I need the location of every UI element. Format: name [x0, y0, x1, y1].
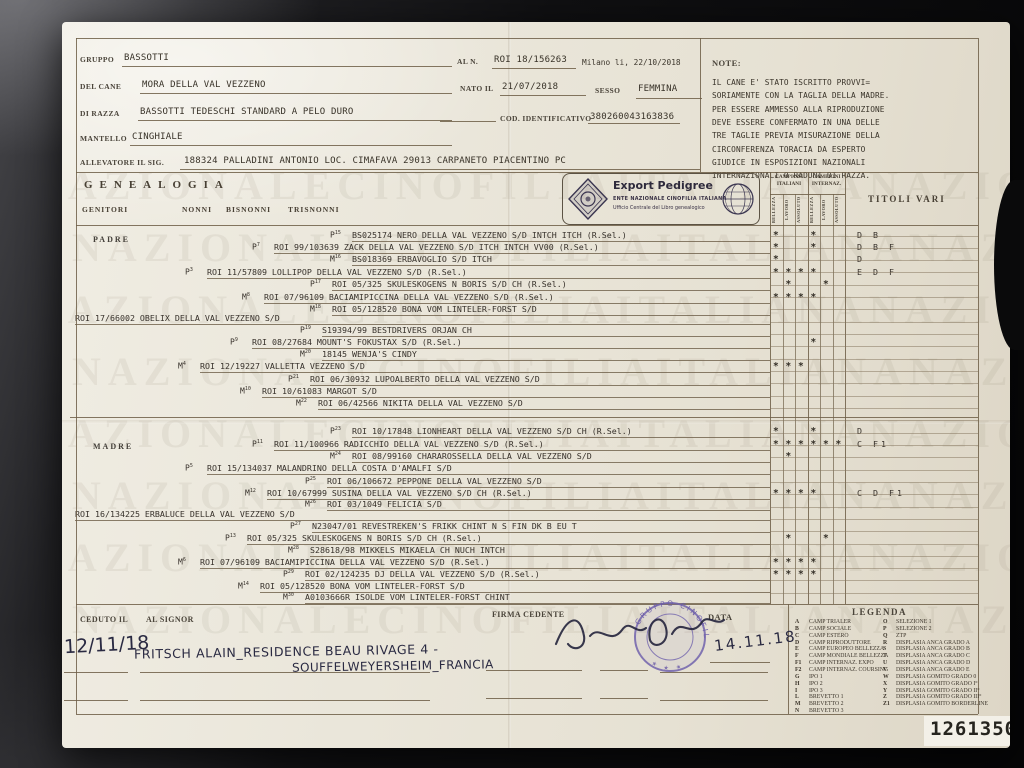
- rule-line: [820, 194, 821, 604]
- pedigree-ancestor-name: ROI 06/42566 NIKITA DELLA VAL VEZZENO S/…: [318, 398, 770, 410]
- legend-text: DISPLASIA GOMITO GRADO 0: [896, 674, 976, 680]
- grid-row-line: [770, 445, 978, 446]
- legend-text: SELEZIONE 2: [896, 626, 932, 632]
- pedigree-ancestor-name: ROI 12/19227 VALLETTA VEZZENO S/D: [200, 361, 770, 373]
- pedigree-ancestor-name: N23047/01 REVESTREKEN'S FRIKK CHINT N S …: [312, 521, 770, 533]
- legend-key: Q: [883, 633, 888, 639]
- logo-org: ENTE NAZIONALE CINOFILIA ITALIANA: [613, 196, 727, 202]
- legend-key: Y: [883, 688, 887, 694]
- rule-line: [76, 714, 978, 715]
- legend-key: F1: [795, 660, 801, 666]
- pedigree-ancestor-name: 18145 WENJA'S CINDY: [322, 349, 770, 361]
- champion-col-label: ASSOLUTO: [834, 195, 845, 224]
- pedigree-row-tag: P15: [330, 230, 341, 240]
- pedigree-ancestor-name: ROI 15/134037 MALANDRINO DELLA COSTA D'A…: [207, 463, 770, 475]
- export-pedigree-stamp: Export Pedigree ENTE NAZIONALE CINOFILIA…: [562, 173, 760, 225]
- legend-text: CAMP ESTERO: [809, 633, 849, 639]
- rule-line: [64, 700, 128, 701]
- legend-text: DISPLASIA ANCA GRADO D: [896, 660, 970, 666]
- pedigree-row-tag: M28: [288, 545, 299, 555]
- grid-row-line: [770, 568, 978, 569]
- pedigree-document: NAZIONALECINOFILIAITALIANANAZIONALECNAZI…: [62, 22, 1010, 748]
- pedigree-row-tag: P5: [185, 463, 193, 473]
- grid-row-line: [770, 457, 978, 458]
- grid-row-line: [770, 359, 978, 360]
- pedigree-ancestor-name: ROI 99/103639 ZACK DELLA VAL VEZZENO S/D…: [274, 242, 770, 254]
- legend-key: D: [795, 640, 799, 646]
- pedigree-row-tag: P17: [310, 279, 321, 289]
- pedigree-ancestor-name: ROI 02/124235 DJ DELLA VAL VEZZENO S/D (…: [305, 569, 770, 581]
- champion-star-mark: *: [823, 533, 829, 544]
- champion-star-mark: *: [773, 569, 779, 580]
- titoli-vari-value: D: [857, 426, 865, 436]
- legend-text: CAMP EUROPEO BELLEZZA: [809, 646, 884, 652]
- legend-text: BREVETTO 3: [809, 708, 844, 714]
- rule-line: [833, 194, 834, 604]
- legend-key: Z1: [883, 701, 890, 707]
- pedigree-row-tag: P9: [230, 337, 238, 347]
- pedigree-ancestor-name: ROI 06/106672 PEPPONE DELLA VAL VEZZENO …: [327, 476, 770, 488]
- rule-line: [140, 700, 430, 701]
- pedigree-ancestor-name: S28618/98 MIKKELS MIKAELA CH NUCH INTCH: [310, 545, 770, 557]
- pedigree-row-tag: M24: [330, 451, 341, 461]
- pedigree-row-tag: P25: [305, 476, 316, 486]
- pedigree-ancestor-name: ROI 11/100966 RADICCHIO DELLA VAL VEZZEN…: [274, 439, 770, 451]
- note-line: SORIAMENTE CON LA TAGLIA DELLA MADRE.: [712, 91, 889, 100]
- rule-line: [700, 38, 701, 172]
- place-date: Milano li, 22/10/2018: [582, 58, 681, 67]
- column-bisnonni: BISNONNI: [226, 205, 271, 214]
- champion-star-mark: *: [798, 557, 804, 568]
- legend-text: DISPLASIA GOMITO GRADO III°: [896, 694, 981, 700]
- pedigree-row-tag: M30: [283, 592, 294, 602]
- grid-row-line: [770, 593, 978, 594]
- rule-line: [770, 172, 771, 604]
- pedigree-ancestor-name: ROI 05/325 SKULESKOGENS N BORIS S/D CH (…: [247, 533, 770, 545]
- grid-row-line: [770, 420, 978, 421]
- legend-text: CAMP INTERNAZ. EXPO: [809, 660, 874, 666]
- pedigree-ancestor-name: ROI 08/27684 MOUNT'S FOKUSTAX S/D (R.Sel…: [252, 337, 770, 349]
- rule-line: [130, 145, 452, 146]
- champion-star-mark: *: [811, 569, 817, 580]
- legend-text: CAMP TRIALER: [809, 619, 851, 625]
- legend-text: DISPLASIA ANCA GRADO B: [896, 646, 970, 652]
- legend-text: ZTP: [896, 633, 906, 639]
- grid-row-line: [770, 322, 978, 323]
- champion-col-label: BELLEZZA: [771, 195, 782, 224]
- pedigree-row-tag: M8: [242, 292, 250, 302]
- pedigree-row-tag: M20: [300, 349, 311, 359]
- legend-title: LEGENDA: [852, 607, 907, 617]
- rule-line: [122, 66, 452, 67]
- grid-row-line: [770, 433, 978, 434]
- pedigree-row-tag: M4: [178, 361, 186, 371]
- champion-col-label: LAVORO: [784, 195, 795, 224]
- pedigree-ancestor-name: ROI 10/61083 MARGOT S/D: [262, 386, 770, 398]
- pedigree-ancestor-name: ROI 05/325 SKULESKOGENS N BORIS S/D CH (…: [332, 279, 770, 291]
- legend-key: N: [795, 708, 799, 714]
- rule-line: [76, 38, 978, 39]
- note-line: PER ESSERE AMMESSO ALLA RIPRODUZIONE: [712, 105, 885, 114]
- pedigree-row-tag: P19: [300, 325, 311, 335]
- rule-line: [138, 120, 452, 121]
- legend-text: DISPLASIA ANCA GRADO A: [896, 640, 970, 646]
- legend-key: H: [795, 681, 800, 687]
- pedigree-row-tag: P11: [252, 439, 263, 449]
- pedigree-ancestor-name: ROI 06/30932 LUPOALBERTO DELLA VAL VEZZE…: [310, 374, 770, 386]
- legend-key: F: [795, 653, 799, 659]
- grid-row-line: [770, 544, 978, 545]
- champion-star-mark: *: [786, 569, 792, 580]
- al-signor-handwritten-line2: SOUFFELWEYERSHEIM_FRANCIA: [292, 657, 494, 675]
- grid-row-line: [770, 297, 978, 298]
- pedigree-row-tag: M10: [240, 386, 251, 396]
- legend-text: CAMP RIPRODUTTORE: [809, 640, 871, 646]
- legend-key: Z: [883, 694, 887, 700]
- born-label: NATO IL: [460, 84, 494, 93]
- genealogy-title: GENEALOGIA: [84, 179, 230, 191]
- grid-row-line: [770, 531, 978, 532]
- pedigree-row-tag: P3: [185, 267, 193, 277]
- rule-line: [76, 172, 978, 173]
- field-value-di-razza: BASSOTTI TEDESCHI STANDARD A PELO DURO: [140, 107, 354, 117]
- column-nonni: NONNI: [182, 205, 212, 214]
- legend-key: G: [795, 674, 800, 680]
- legend-text: DISPLASIA GOMITO BORDERLINE: [896, 701, 988, 707]
- champion-star-mark: *: [786, 533, 792, 544]
- field-label-mantello: MANTELLO: [80, 134, 127, 143]
- logo-title: Export Pedigree: [613, 179, 713, 192]
- champion-col-label: LAVORO: [821, 195, 832, 224]
- rule-line: [500, 95, 586, 96]
- pedigree-row-tag: P29: [283, 569, 294, 579]
- pedigree-ancestor-name: ROI 08/99160 CHARAROSSELLA DELLA VAL VEZ…: [352, 451, 770, 463]
- note-line: GIUDICE IN ESPOSIZIONI NAZIONALI: [712, 158, 865, 167]
- pedigree-parent-name: ROI 16/134225 ERBALUCE DELLA VAL VEZZENO…: [75, 509, 770, 521]
- legend-key: S: [883, 646, 886, 652]
- section-padre: PADRE: [93, 235, 130, 244]
- pedigree-row-tag: P21: [288, 374, 299, 384]
- legend-key: E: [795, 646, 799, 652]
- legend-text: BREVETTO 2: [809, 701, 844, 707]
- rule-line: [70, 417, 978, 418]
- pedigree-ancestor-name: ROI 07/96109 BACIAMIPICCINA DELLA VAL VE…: [200, 557, 770, 569]
- rule-line: [788, 604, 789, 714]
- rule-line: [64, 672, 128, 673]
- legend-key: T: [883, 653, 887, 659]
- titoli-vari-value: D: [857, 254, 865, 264]
- champion-star-mark: *: [773, 426, 779, 437]
- field-value-mantello: CINGHIALE: [132, 132, 183, 142]
- grid-row-line: [770, 396, 978, 397]
- pedigree-row-tag: M26: [305, 499, 316, 509]
- pedigree-parent-name: ROI 17/66002 OBELIX DELLA VAL VEZZENO S/…: [75, 313, 770, 325]
- legend-key: M: [795, 701, 800, 707]
- rule-line: [492, 68, 576, 69]
- grid-row-line: [770, 482, 978, 483]
- legend-key: U: [883, 660, 887, 666]
- grid-row-line: [770, 309, 978, 310]
- rule-line: [978, 38, 979, 714]
- pedigree-ancestor-name: ROI 10/17848 LIONHEART DELLA VAL VEZZENO…: [352, 426, 770, 438]
- field-value-allevatore: 188324 PALLADINI ANTONIO LOC. CIMAFAVA 2…: [184, 156, 566, 166]
- grid-row-line: [770, 272, 978, 273]
- enci-diamond-icon: [567, 177, 609, 221]
- pedigree-ancestor-name: ROI 07/96109 BACIAMIPICCINA DELLA VAL VE…: [264, 292, 770, 304]
- section-madre: MADRE: [93, 442, 133, 451]
- rule-line: [660, 700, 768, 701]
- champions-internaz-header: CAMPIONI INTERNAZ.: [808, 174, 845, 187]
- legend-text: CAMP MONDIALE BELLEZZA: [809, 653, 888, 659]
- born-value: 21/07/2018: [502, 82, 558, 92]
- rule-line: [180, 169, 700, 170]
- pedigree-row-tag: P27: [290, 521, 301, 531]
- grid-row-line: [770, 494, 978, 495]
- photo-background: NAZIONALECINOFILIAITALIANANAZIONALECNAZI…: [0, 0, 1024, 768]
- grid-row-line: [770, 236, 978, 237]
- rule-line: [845, 172, 846, 604]
- legend-text: SELEZIONE 1: [896, 619, 932, 625]
- pedigree-ancestor-name: BS018369 ERBAVOGLIO S/D ITCH: [352, 254, 770, 266]
- champions-italiani-header: CAMPIONI ITALIANI: [770, 174, 808, 187]
- legend-key: L: [795, 694, 799, 700]
- serial-number: 1261350: [930, 718, 1010, 740]
- field-label-del-cane: DEL CANE: [80, 82, 121, 91]
- rule-line: [636, 98, 702, 99]
- chip-label: COD. IDENTIFICATIVO: [500, 114, 592, 123]
- al-signor-label: AL SIGNOR: [146, 615, 194, 624]
- rule-line: [600, 698, 648, 699]
- rule-line: [140, 93, 452, 94]
- legend-text: IPO 2: [809, 681, 823, 687]
- pedigree-row-tag: M22: [296, 398, 307, 408]
- field-value-del-cane: MORA DELLA VAL VEZZENO: [142, 80, 266, 90]
- legend-key: X: [883, 681, 887, 687]
- fci-globe-icon: [719, 179, 757, 219]
- grid-row-line: [770, 285, 978, 286]
- grid-row-line: [770, 248, 978, 249]
- grid-row-line: [770, 371, 978, 372]
- note-line: CIRCONFERENZA TORACIA DA ESPERTO: [712, 145, 865, 154]
- pedigree-row-tag: M14: [238, 581, 249, 591]
- grid-row-line: [770, 260, 978, 261]
- field-label-allevatore: ALLEVATORE IL SIG.: [80, 158, 164, 167]
- legend-key: C: [795, 633, 799, 639]
- reg-number-label: AL N.: [457, 57, 478, 66]
- rule-line: [440, 121, 496, 122]
- pedigree-ancestor-name: S19394/99 BESTDRIVERS ORJAN CH: [322, 325, 770, 337]
- rule-line: [808, 172, 809, 604]
- legend-key: V: [883, 667, 887, 673]
- grid-row-line: [770, 470, 978, 471]
- titoli-vari-header: TITOLI VARI: [868, 194, 946, 204]
- legend-text: DISPLASIA GOMITO GRADO I°: [896, 681, 978, 687]
- sex-value: FEMMINA: [638, 84, 677, 94]
- champion-star-mark: *: [786, 557, 792, 568]
- grid-row-line: [770, 346, 978, 347]
- field-label-gruppo: GRUPPO: [80, 55, 114, 64]
- column-genitori: GENITORI: [82, 205, 128, 214]
- ceduto-il-label: CEDUTO IL: [80, 615, 128, 624]
- column-trisnonni: TRISNONNI: [288, 205, 340, 214]
- rule-line: [795, 194, 796, 604]
- pedigree-row-tag: P13: [225, 533, 236, 543]
- rule-line: [783, 194, 784, 604]
- legend-key: P: [883, 626, 887, 632]
- note-title: NOTE:: [712, 58, 741, 68]
- champion-star-mark: *: [811, 557, 817, 568]
- pedigree-row-tag: P7: [252, 242, 260, 252]
- legend-text: IPO 3: [809, 688, 823, 694]
- legend-text: DISPLASIA GOMITO GRADO II°: [896, 688, 980, 694]
- legend-key: I: [795, 688, 797, 694]
- rule-line: [76, 225, 978, 226]
- reg-number-value: ROI 18/156263: [494, 55, 567, 65]
- note-line: IL CANE E' STATO ISCRITTO PROVVI=: [712, 78, 870, 87]
- grid-row-line: [770, 334, 978, 335]
- pedigree-ancestor-name: BS025174 NERO DELLA VAL VEZZENO S/D INTC…: [352, 230, 770, 242]
- champion-star-mark: *: [798, 569, 804, 580]
- champion-star-mark: *: [773, 557, 779, 568]
- sex-label: SESSO: [595, 86, 620, 95]
- rule-line: [76, 604, 978, 605]
- rule-line: [486, 670, 582, 671]
- grid-row-line: [770, 507, 978, 508]
- note-line: TRE TAGLIE PREVIA MISURAZIONE DELLA: [712, 131, 880, 140]
- legend-key: O: [883, 619, 888, 625]
- rule-line: [486, 698, 582, 699]
- legend-key: F2: [795, 667, 801, 673]
- legend-key: R: [883, 640, 887, 646]
- champion-star-mark: *: [811, 426, 817, 437]
- field-value-gruppo: BASSOTTI: [124, 53, 169, 63]
- legend-text: CAMP INTERNAZ. COURSING: [809, 667, 888, 673]
- pedigree-row-tag: M12: [245, 488, 256, 498]
- titoli-vari-value: C D F1: [857, 488, 905, 498]
- champion-col-label: ASSOLUTO: [796, 195, 807, 224]
- logo-office: Ufficio Centrale del Libro genealogico: [613, 205, 705, 211]
- pedigree-ancestor-name: ROI 11/57809 LOLLIPOP DELLA VAL VEZZENO …: [207, 267, 770, 279]
- legend-text: CAMP SOCIALE: [809, 626, 851, 632]
- legend-key: A: [795, 619, 799, 625]
- field-label-di-razza: DI RAZZA: [80, 109, 120, 118]
- rule-line: [76, 38, 77, 714]
- grid-row-line: [770, 519, 978, 520]
- note-line: DEVE ESSERE CONFERMATO IN UNA DELLE: [712, 118, 880, 127]
- pedigree-row-tag: M16: [330, 254, 341, 264]
- chip-value: 380260043163836: [590, 112, 674, 122]
- cedente-signature: [550, 606, 730, 666]
- legend-text: BREVETTO 1: [809, 694, 844, 700]
- legend-text: DISPLASIA ANCA GRADO E: [896, 667, 970, 673]
- grid-row-line: [770, 556, 978, 557]
- legend-text: IPO 1: [809, 674, 823, 680]
- legend-text: DISPLASIA ANCA GRADO C: [896, 653, 970, 659]
- pedigree-row-tag: P23: [330, 426, 341, 436]
- grid-row-line: [770, 408, 978, 409]
- legend-key: W: [883, 674, 889, 680]
- legend-key: B: [795, 626, 799, 632]
- grid-row-line: [770, 580, 978, 581]
- grid-row-line: [770, 383, 978, 384]
- rule-line: [588, 123, 680, 124]
- champion-col-label: BELLEZZA: [809, 195, 820, 224]
- pedigree-row-tag: M6: [178, 557, 186, 567]
